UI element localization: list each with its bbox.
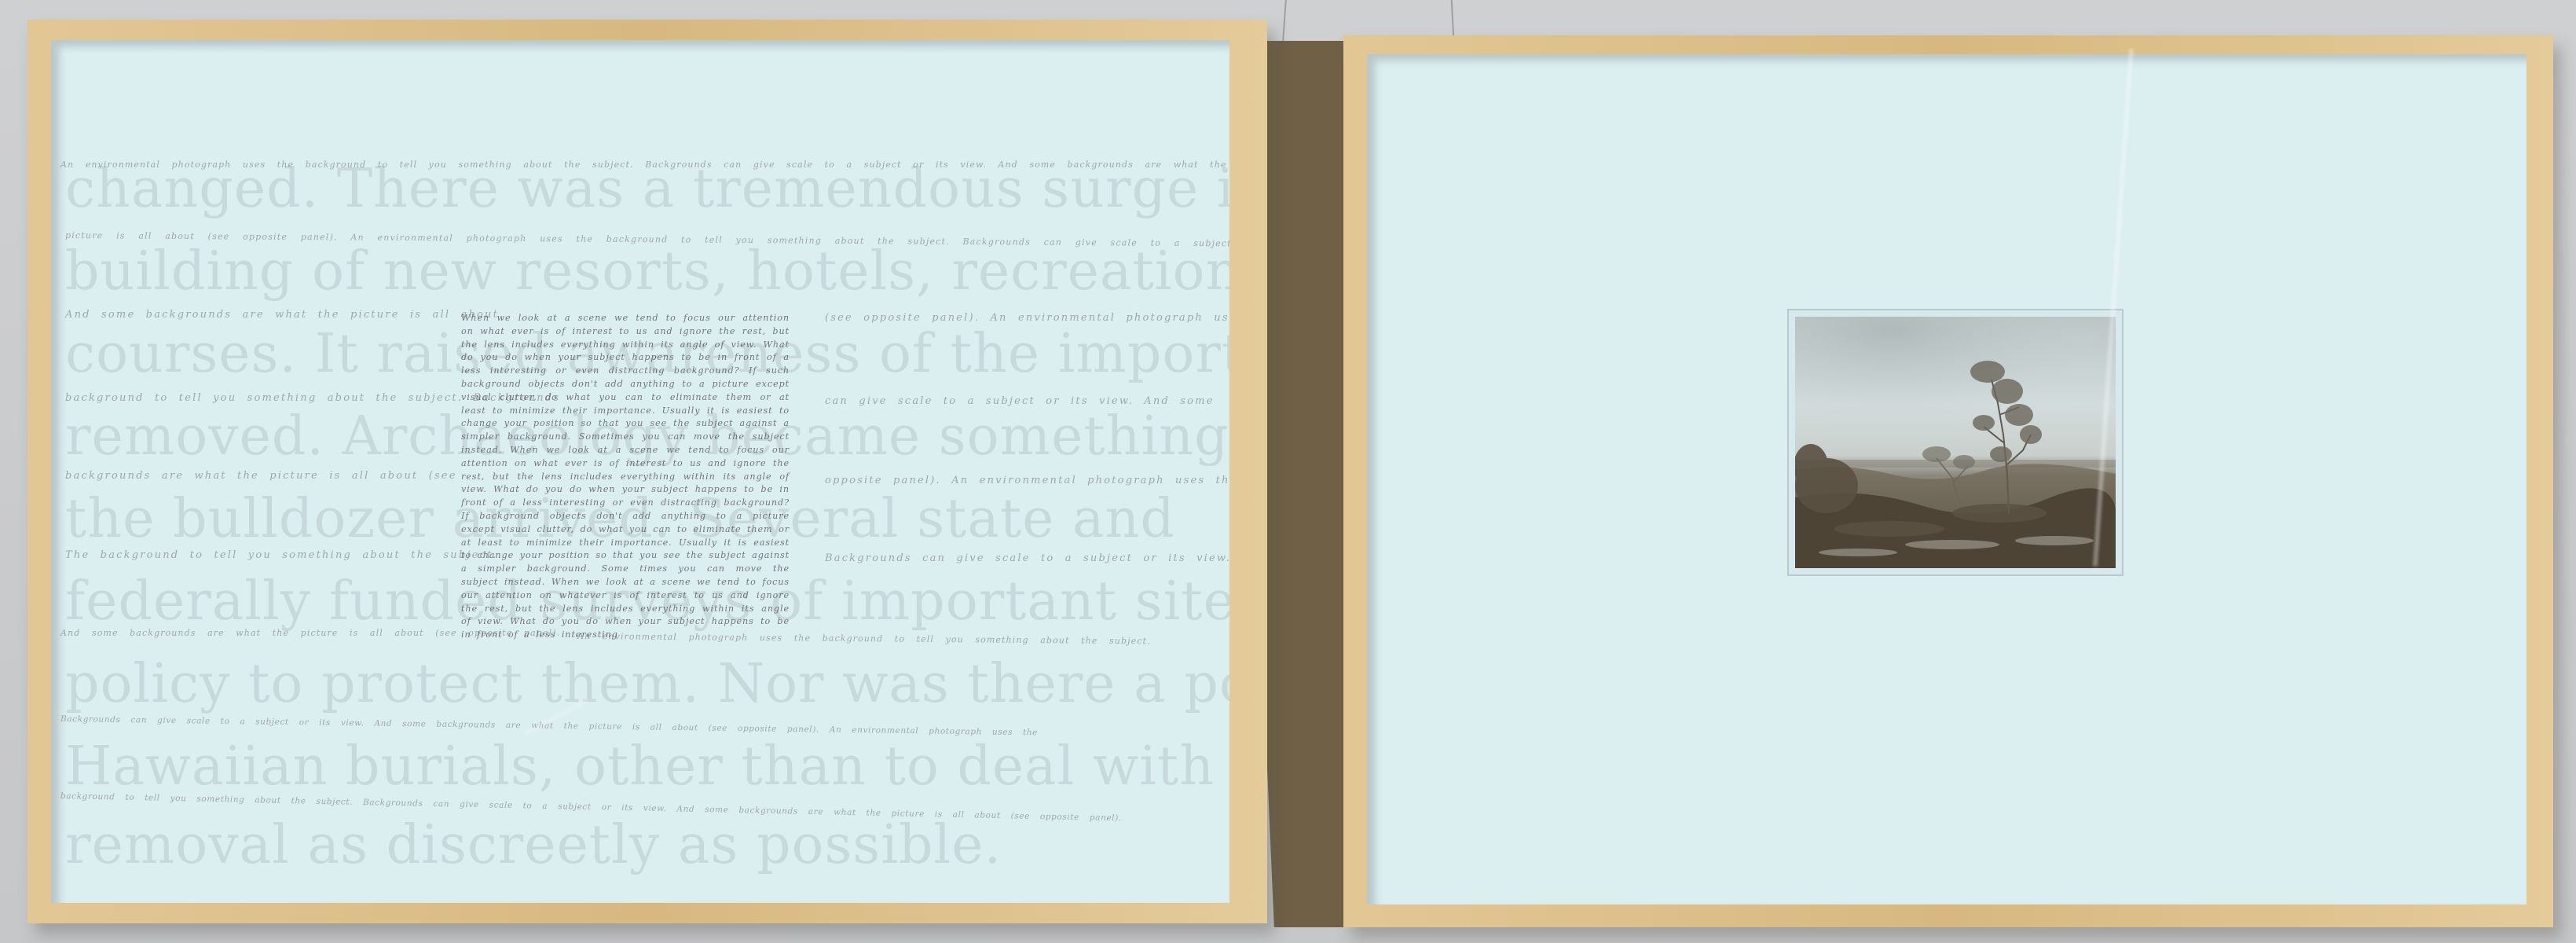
typeset-line: removal as discreetly as possible. [65,814,1002,876]
handwritten-paragraph: When we look at a scene we tend to focus… [461,312,790,642]
handwritten-line: opposite panel). An environmental photog… [825,475,1229,486]
handwritten-line: The background to tell you something abo… [65,549,498,561]
typeset-line: Hawaiian burials, other than to deal wit… [65,736,1229,798]
landscape-photograph [1795,317,2116,568]
handwritten-line: An environmental photograph uses the bac… [60,160,1227,170]
handwritten-line: (see opposite panel). An environmental p… [825,312,1229,324]
landscape-photograph-mount [1787,309,2123,576]
typeset-line: policy to protect them. Nor was there a … [65,653,1229,715]
left-frame: changed. There was a tremendous surge in… [27,20,1267,923]
hanging-wire-left [1282,0,1287,41]
typeset-line: building of new resorts, hotels, recreat… [65,240,1229,303]
wall-shadow-gap [1266,41,1343,927]
hanging-wire-center [1451,0,1455,38]
handwritten-line: Backgrounds can give scale to a subject … [825,552,1229,564]
handwritten-line: And some backgrounds are what the pictur… [65,309,499,321]
handwritten-line: backgrounds are what the picture is all … [65,470,457,482]
left-panel-paper: changed. There was a tremendous surge in… [51,40,1229,903]
handwritten-line: can give scale to a subject or its view.… [825,395,1215,407]
tree-landscape-graphic [1795,317,2116,568]
